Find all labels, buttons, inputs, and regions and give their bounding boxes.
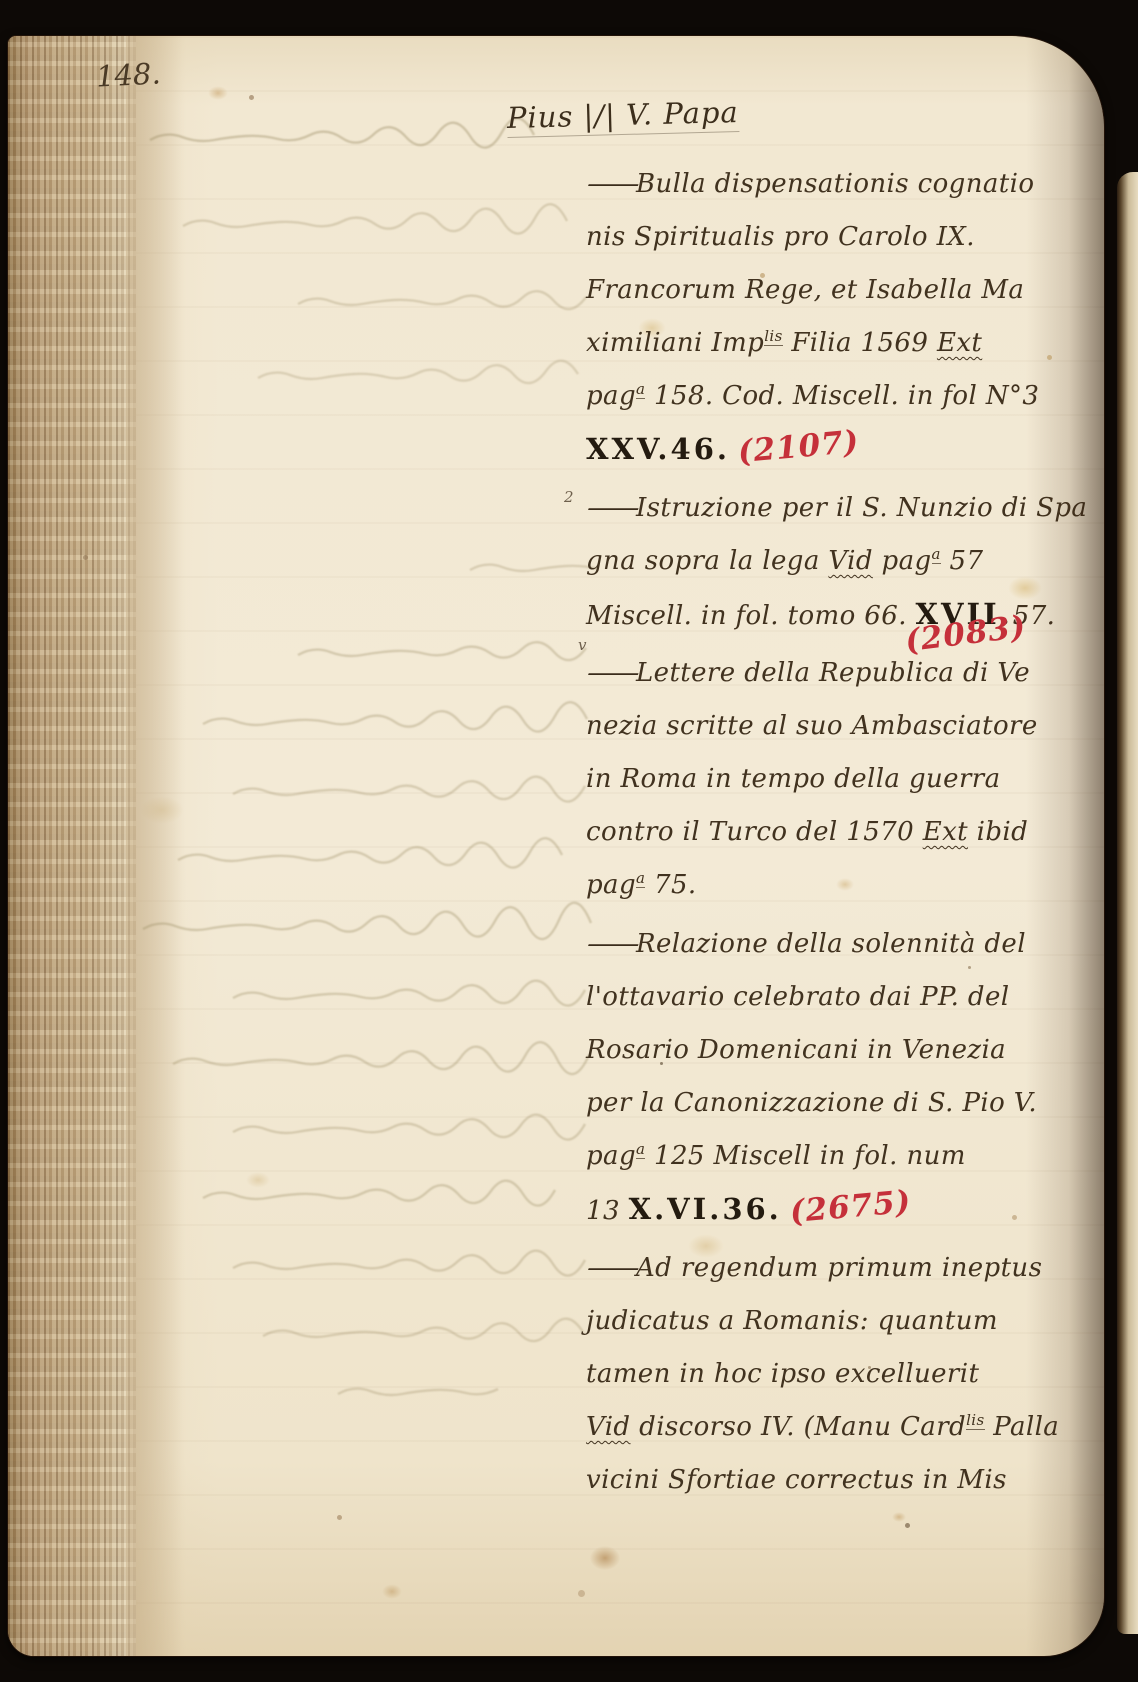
entry-line: Rosario Domenicani in Venezia — [586, 1024, 1064, 1077]
index-entry: —Relazione della solennità dell'ottavari… — [586, 918, 1064, 1236]
manuscript-photo: 148. Pius |/| V. Papa 2 v —Bulla dispens… — [0, 0, 1138, 1682]
entry-line: XXV.46.(2107) — [586, 423, 1064, 476]
entry-line: 13 X.VI.36.(2675) — [586, 1183, 1064, 1236]
entry-line: Francorum Rege, et Isabella Ma — [586, 264, 1064, 317]
entry-line: paga 158. Cod. Miscell. in fol N°3 — [586, 370, 1064, 423]
manuscript-page: 148. Pius |/| V. Papa 2 v —Bulla dispens… — [8, 36, 1104, 1656]
entry-line: ximiliani Implis Filia 1569 Ext — [586, 317, 1064, 370]
entry-line: l'ottavario celebrato dai PP. del — [586, 971, 1064, 1024]
entry-line: —Bulla dispensationis cognatio — [586, 158, 1064, 211]
fore-edge-shadow — [126, 36, 186, 1656]
stain — [208, 86, 228, 100]
entry-line: tamen in hoc ipso excelluerit — [586, 1348, 1064, 1401]
book-fore-edge — [8, 36, 136, 1656]
entry-line: judicatus a Romanis: quantum — [586, 1295, 1064, 1348]
entry-line: paga 125 Miscell in fol. num — [586, 1130, 1064, 1183]
entry-line: gna sopra la lega Vid paga 57 — [586, 535, 1064, 588]
margin-mark: 2 — [564, 488, 574, 506]
adjacent-page-edge — [1117, 172, 1138, 1634]
entry-line: —Istruzione per il S. Nunzio di Spa — [586, 482, 1064, 535]
index-text-column: —Bulla dispensationis cognationis Spirit… — [586, 158, 1064, 1513]
entry-line: nis Spiritualis pro Carolo IX. — [586, 211, 1064, 264]
folio-number: 148. — [95, 56, 161, 93]
entry-line: Vid discorso IV. (Manu Cardlis Palla — [586, 1401, 1064, 1454]
index-entry: —Bulla dispensationis cognationis Spirit… — [586, 158, 1064, 476]
entry-line: per la Canonizzazione di S. Pio V. — [586, 1077, 1064, 1130]
entry-line: —Relazione della solennità del — [586, 918, 1064, 971]
index-entry: —Lettere della Republica di Venezia scri… — [586, 647, 1064, 912]
stain — [892, 1512, 906, 1522]
stain — [382, 1584, 402, 1599]
entry-line: in Roma in tempo della guerra — [586, 753, 1064, 806]
stain — [590, 1546, 620, 1570]
page-title: Pius |/| V. Papa — [507, 95, 740, 138]
stain — [246, 1172, 270, 1188]
entry-line: paga 75. — [586, 859, 1064, 912]
entry-line: nezia scritte al suo Ambasciatore — [586, 700, 1064, 753]
entry-line: —Ad regendum primum ineptus — [586, 1242, 1064, 1295]
index-entry: —Ad regendum primum ineptusjudicatus a R… — [586, 1242, 1064, 1507]
entry-line: vicini Sfortiae correctus in Mis — [586, 1454, 1064, 1507]
entry-line: contro il Turco del 1570 Ext ibid — [586, 806, 1064, 859]
